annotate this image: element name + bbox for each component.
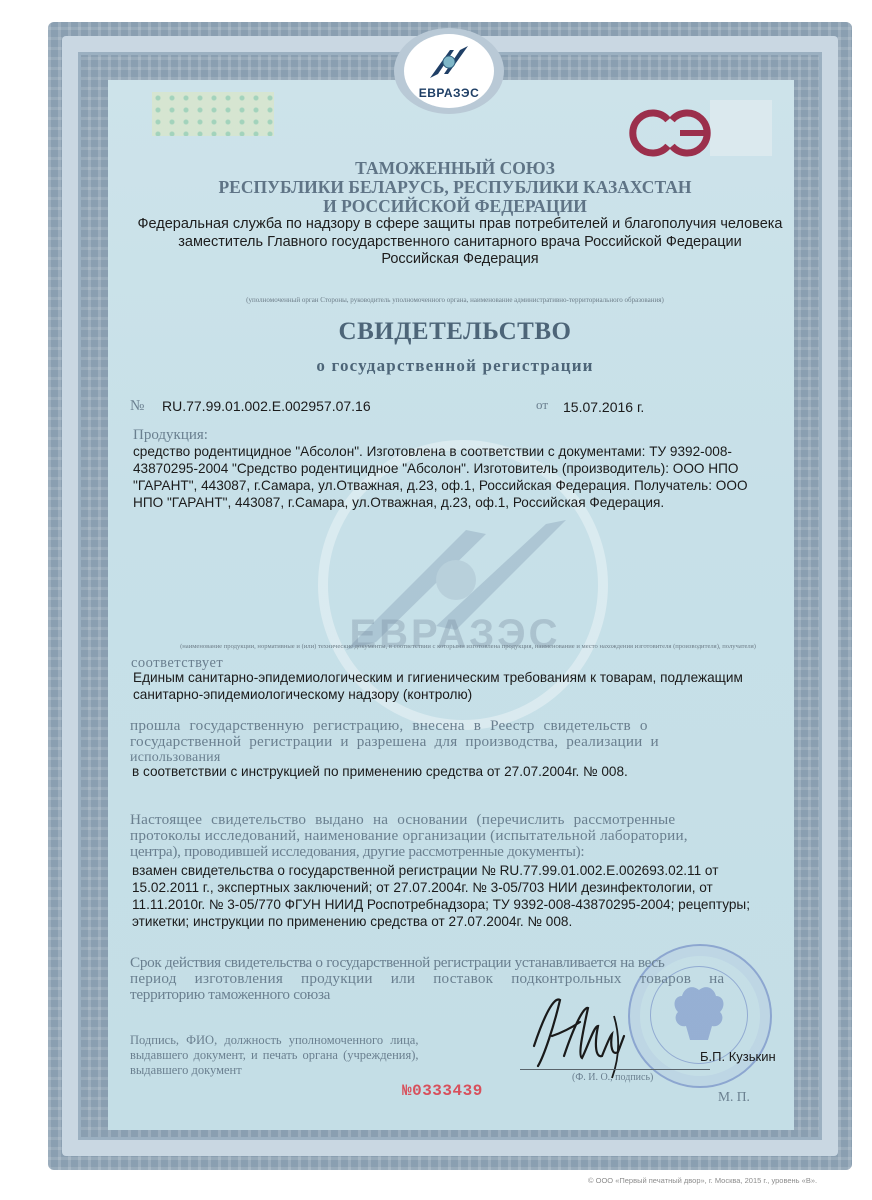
registration-line-1: прошла государственную регистрацию, внес… [130, 718, 778, 734]
authority-line-3: Российская Федерация [110, 251, 810, 267]
printer-note: © ООО «Первый печатный двор», г. Москва,… [588, 1176, 817, 1185]
eurasec-logo-icon [428, 44, 470, 80]
emblem-label: ЕВРАЗЭС [404, 86, 494, 100]
basis-detail-3: 11.11.2010г. № 3-05/770 ФГУН НИИД Роспот… [132, 897, 750, 914]
number-label: № [130, 398, 144, 415]
authority-line-2: заместитель Главного государственного са… [110, 234, 810, 250]
certificate-date: 15.07.2016 г. [563, 399, 644, 416]
hologram-patch [152, 92, 274, 136]
validity-line-3: территорию таможенного союза [130, 987, 778, 1003]
certificate-subtitle: о государственной регистрации [130, 356, 780, 376]
seal-label: М. П. [718, 1089, 750, 1105]
se-conformity-mark-icon [622, 108, 718, 158]
signature-caption-2: выдавшего документ, и печать органа (учр… [130, 1048, 419, 1063]
product-label: Продукция: [133, 427, 208, 444]
form-serial-number: №0333439 [402, 1082, 483, 1100]
authority-line-1: Федеральная служба по надзору в сфере за… [110, 216, 810, 232]
signature-caption-3: выдавшего документ [130, 1063, 242, 1078]
date-label: от [536, 397, 548, 413]
conformity-line-1: Единым санитарно-эпидемиологическим и ги… [133, 670, 743, 687]
eurasec-emblem: ЕВРАЗЭС [404, 34, 494, 108]
conformity-line-2: санитарно-эпидемиологическому надзору (к… [133, 687, 472, 704]
se-box [710, 100, 772, 156]
signer-name: Б.П. Кузькин [700, 1049, 776, 1066]
product-line-3: "ГАРАНТ", 443087, г.Самара, ул.Отважная,… [133, 478, 748, 495]
registration-line-2: государственной регистрации и разрешена … [130, 734, 778, 750]
certificate-title: СВИДЕТЕЛЬСТВО [130, 318, 780, 346]
signature-line-caption: (Ф. И. О., подпись) [572, 1072, 653, 1083]
signature-caption-1: Подпись, ФИО, должность уполномоченного … [130, 1033, 419, 1048]
certificate-number: RU.77.99.01.002.Е.002957.07.16 [162, 398, 371, 415]
product-line-2: 43870295-2004 "Средство родентицидное "А… [133, 461, 738, 478]
basis-detail-1: взамен свидетельства о государственной р… [132, 863, 718, 880]
basis-detail-4: этикетки; инструкции по применению средс… [132, 914, 572, 931]
basis-line-2: протоколы исследований, наименование орг… [130, 828, 778, 844]
validity-line-2: период изготовления продукции или постав… [130, 971, 778, 987]
union-heading-line-1: ТАМОЖЕННЫЙ СОЮЗ [130, 158, 780, 179]
watermark-label: ЕВРАЗЭС [340, 612, 570, 657]
handwritten-signature-icon [524, 986, 644, 1082]
basis-line-1: Настоящее свидетельство выдано на основа… [130, 812, 778, 828]
authority-caption: (уполномоченный орган Стороны, руководит… [130, 296, 780, 304]
union-heading-line-2: РЕСПУБЛИКИ БЕЛАРУСЬ, РЕСПУБЛИКИ КАЗАХСТА… [130, 177, 780, 198]
usage-instruction: в соответствии с инструкцией по применен… [132, 764, 628, 781]
product-line-1: средство родентицидное "Абсолон". Изгото… [133, 444, 732, 461]
basis-detail-2: 15.02.2011 г., экспертных заключений; от… [132, 880, 713, 897]
product-caption: (наименование продукции, нормативные и (… [128, 643, 808, 650]
signature-line [520, 1069, 710, 1070]
validity-line-1: Срок действия свидетельства о государств… [130, 955, 778, 971]
product-line-4: НПО "ГАРАНТ", 443087, г.Самара, ул.Отваж… [133, 495, 664, 512]
basis-line-3: центра), проводившей исследования, други… [130, 844, 778, 860]
union-heading-line-3: И РОССИЙСКОЙ ФЕДЕРАЦИИ [130, 196, 780, 217]
